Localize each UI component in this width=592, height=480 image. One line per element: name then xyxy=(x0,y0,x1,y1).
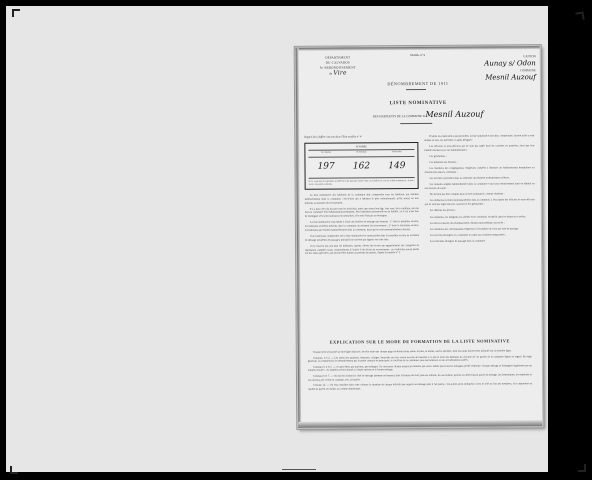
paragraph: Chaque nom sera porté sur une ligne dist… xyxy=(308,349,532,354)
canton-value: Aunay s/ Odon xyxy=(472,59,536,68)
paragraph: Les militaires recrutés momentanément da… xyxy=(425,199,535,207)
commune-handwritten: Mesnil Auzouf xyxy=(425,110,483,119)
explanation-body: Chaque nom sera porté sur une ligne dist… xyxy=(308,349,532,393)
paragraph: Colonne 12. — On fera connaître dans cet… xyxy=(308,382,532,391)
paragraph: Les membres des congrégations religieuse… xyxy=(425,166,535,174)
header-canton-commune: CANTON Aunay s/ Odon COMMUNE Mesnil Auzo… xyxy=(472,54,536,82)
paragraph: Colonnes 3, 4 et 5. — On procédera par m… xyxy=(308,364,532,373)
paragraph: Il y a donc lieu d'y inscrire tous les i… xyxy=(305,207,419,219)
crop-mark-top-left xyxy=(12,9,20,17)
paragraph: Les officiers et sous-officiers qui ne s… xyxy=(424,144,534,152)
crop-mark-bottom-left xyxy=(10,466,18,474)
header-department: DÉPARTEMENT DU CALVADOS 5e ARRONDISSEMEN… xyxy=(308,55,368,76)
paragraph: Les ouvriers travaillant dans la commune… xyxy=(425,176,535,180)
paragraph: La liste nominative sera établie à l'aid… xyxy=(305,220,419,232)
explanation-title: EXPLICATION SUR LE MODE DE FORMATION DE … xyxy=(298,338,542,345)
census-document-page: DÉPARTEMENT DU CALVADOS 5e ARRONDISSEMEN… xyxy=(295,45,544,429)
paragraph: Colonnes 6 et 7. — On inscrira d'abord l… xyxy=(308,373,532,382)
paragraph: Les individus étrangers de passage dans … xyxy=(425,240,535,244)
crop-mark-top-right xyxy=(575,11,584,20)
scan-rule xyxy=(282,469,316,470)
value-houses: 197 xyxy=(309,166,344,170)
paragraph: Les orphelins, les indigents, les aliéné… xyxy=(425,215,535,219)
counts-values: 197 162 149 xyxy=(308,157,414,179)
paragraph: Colonnes 1 et 2. — Les noms des quartier… xyxy=(308,355,532,364)
page-edge-shadow xyxy=(296,46,540,51)
paragraph: Les élèves internes des établissements d… xyxy=(425,221,535,225)
value-individuals: 149 xyxy=(379,165,414,169)
paragraph: Les gendarmes ; xyxy=(424,154,534,158)
paragraph: Ne doivent pas être comptés dans la list… xyxy=(425,192,535,196)
paragraph: Les malades soignés habituellement dans … xyxy=(425,183,535,191)
paragraph: D'après les explications qui précèdent, … xyxy=(424,134,534,142)
divider xyxy=(400,123,432,124)
paragraph: Il n'y inscrira pas non plus les militai… xyxy=(305,244,419,256)
divider xyxy=(406,89,426,90)
document-title: DÉNOMBREMENT DE 1911 xyxy=(296,80,540,87)
counts-box: NOMBRE de maisons de ménages d'individus… xyxy=(304,142,418,190)
column-houses: de maisons xyxy=(308,151,343,157)
commune-line: DES HABITANTS DE LA COMMUNE D Mesnil Auz… xyxy=(316,109,540,120)
right-column: D'après les explications qui précèdent, … xyxy=(424,134,535,246)
page-edge-shadow xyxy=(298,420,542,428)
crop-mark-bottom-right xyxy=(578,464,586,472)
document-subtitle: LISTE NOMINATIVE xyxy=(296,100,540,107)
model-number: Modèle n° 6 xyxy=(366,53,470,58)
paragraph: Les ouvriers étrangers à la commune occu… xyxy=(425,233,535,237)
counts-note: Il n'y a pas lieu de reproduire la diffé… xyxy=(309,178,415,187)
value-households: 162 xyxy=(344,166,379,170)
paragraph: La liste nominative des habitants de la … xyxy=(305,193,419,205)
column-households: de ménages xyxy=(344,151,379,157)
paragraph: Il ne faudra pas comprendre sur la liste… xyxy=(305,234,419,242)
paragraph: Les détenus des prisons ; xyxy=(425,209,535,213)
column-individuals: d'individus xyxy=(379,150,414,156)
paragraph: Les membres des communautés religieuses … xyxy=(425,227,535,231)
paragraph: Les préposés des douanes ; xyxy=(424,160,534,164)
left-column: Rappel des chiffres inscrits dans l'État… xyxy=(304,135,419,258)
arrondissement-value: de Vire xyxy=(308,70,368,76)
box-caption: Rappel des chiffres inscrits dans l'État… xyxy=(304,135,418,139)
